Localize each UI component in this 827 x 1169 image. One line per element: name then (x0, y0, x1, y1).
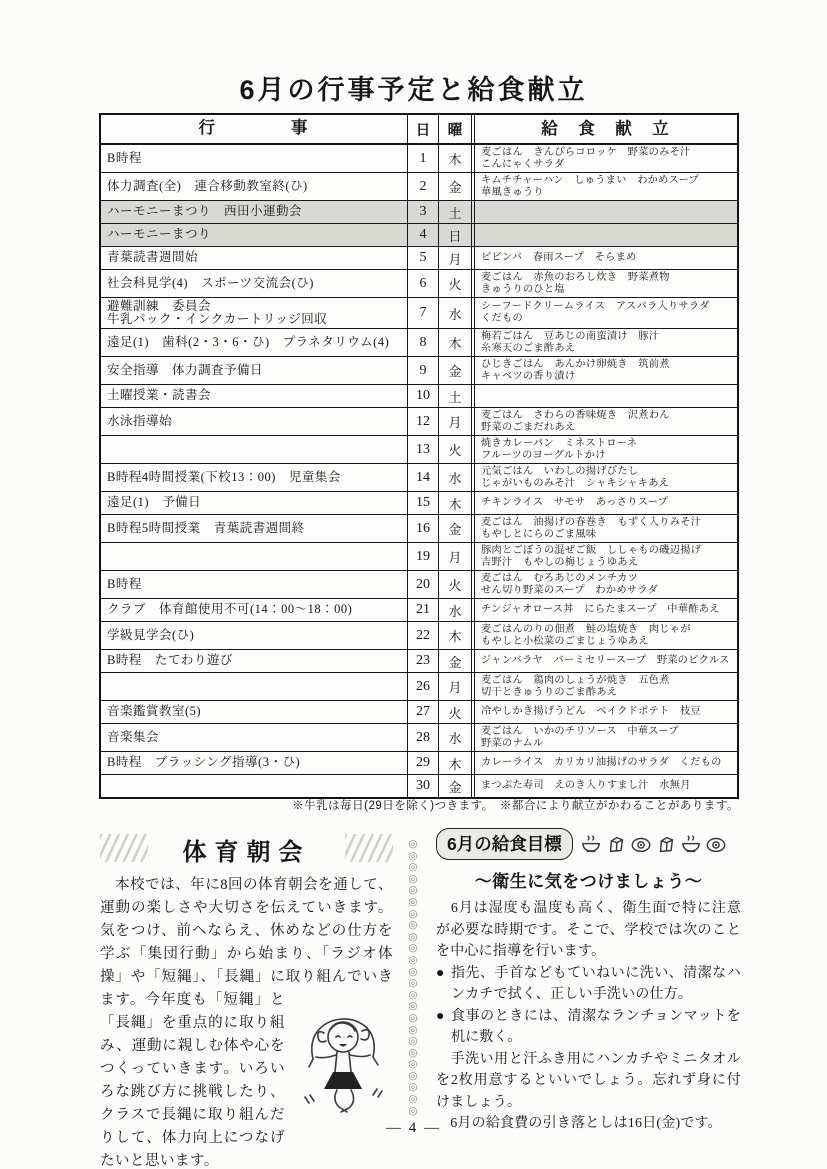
day-cell: 13 (407, 436, 438, 463)
weekday-cell: 金 (438, 650, 471, 672)
table-row: B時程5時間授業 青葉読書週間終16金麦ごはん 油揚げの春巻き もずく入りみそ汁… (101, 514, 737, 542)
day-cell: 5 (407, 247, 438, 269)
event-cell: ハーモニーまつり 西田小運動会 (101, 201, 407, 223)
table-row: B時程 たてわり遊び23金ジャンバラヤ バーミセリースープ 野菜のピクルス (101, 649, 737, 672)
weekday-cell: 金 (438, 775, 471, 797)
weekday-cell: 土 (438, 201, 471, 223)
event-cell: B時程 (101, 145, 407, 172)
day-cell: 2 (407, 173, 438, 200)
day-cell: 19 (407, 543, 438, 570)
day-cell: 6 (407, 270, 438, 297)
day-cell: 22 (407, 622, 438, 649)
event-cell: ハーモニーまつり (101, 224, 407, 246)
weekday-cell: 火 (438, 571, 471, 598)
weekday-cell: 金 (438, 173, 471, 200)
menu-cell: 麦ごはんのりの佃煮 鮭の塩焼き 肉じゃがもやしと小松菜のごまじょうゆあえ (471, 622, 737, 649)
menu-cell: 元気ごはん いわしの揚げびたしじゃがいものみそ汁 シャキシャキあえ (471, 464, 737, 491)
weekday-cell: 月 (438, 543, 471, 570)
menu-cell: 麦ごはん むろあじのメンチカツせん切り野菜のスープ わかめサラダ (471, 571, 737, 598)
day-cell: 16 (407, 515, 438, 542)
bullet-text: 指先、手首などもていねいに洗い、清潔なハンカチで拭く、正しい手洗いの仕方。 (451, 963, 741, 1006)
table-row: B時程4時間授業(下校13：00) 児童集会14水元気ごはん いわしの揚げびたし… (101, 463, 737, 491)
table-row: ハーモニーまつり 西田小運動会3土 (101, 200, 737, 223)
bullet-text: 食事のときには、清潔なランチョンマットを机に敷く。 (451, 1006, 741, 1049)
table-row: 19月豚肉とごぼうの混ぜご飯 ししゃもの磯辺揚げ吉野汁 もやしの梅じょうゆあえ (101, 542, 737, 570)
header-event: 行 事 (101, 115, 407, 143)
day-cell: 21 (407, 599, 438, 621)
menu-cell (471, 385, 737, 407)
event-cell: クラブ 体育館使用不可(14：00～18：00) (101, 599, 407, 621)
table-row: B時程 ブラッシング指導(3・ひ)29木カレーライス カリカリ油揚げのサラダ く… (101, 751, 737, 774)
weekday-cell: 火 (438, 436, 471, 463)
fried-egg-icon (630, 835, 652, 854)
table-row: 安全指導 体力調査予備日9金ひじきごはん あんかけ卵焼き 筑前煮キャベツの香り漬… (101, 356, 737, 384)
weekday-cell: 木 (438, 752, 471, 774)
event-cell: 音楽鑑賞教室(5) (101, 701, 407, 723)
weekday-cell: 月 (438, 673, 471, 700)
hatch-decoration-right (345, 834, 393, 862)
lunch-goal-closing-1: 手洗い用と汗ふき用にハンカチやミニタオルを2枚用意するといいでしょう。忘れず身に… (436, 1049, 741, 1114)
event-cell: 学級見学会(ひ) (101, 622, 407, 649)
day-cell: 12 (407, 408, 438, 435)
table-row: 遠足(1) 予備日15木チキンライス サモサ あっさりスープ (101, 491, 737, 514)
table-row: 26月麦ごはん 鶏肉のしょうが焼き 五色煮切干ときゅうりのごま酢あえ (101, 672, 737, 700)
table-row: 土曜授業・読書会10土 (101, 384, 737, 407)
day-cell: 1 (407, 145, 438, 172)
event-cell (101, 436, 407, 463)
menu-cell: 焼きカレーパン ミネストローネフルーツのヨーグルトかけ (471, 436, 737, 463)
table-row: 遠足(1) 歯科(2・3・6・ひ) プラネタリウム(4)8木梅若ごはん 豆あじの… (101, 328, 737, 356)
bullet-icon: ● (436, 963, 451, 1006)
menu-cell: チキンライス サモサ あっさりスープ (471, 492, 737, 514)
table-header-row: 行 事 日 曜 給 食 献 立 (101, 115, 737, 144)
event-cell: B時程4時間授業(下校13：00) 児童集会 (101, 464, 407, 491)
event-cell (101, 543, 407, 570)
header-menu: 給 食 献 立 (471, 115, 737, 143)
menu-cell: ひじきごはん あんかけ卵焼き 筑前煮キャベツの香り漬け (471, 357, 737, 384)
table-body: B時程1木麦ごはん きんぴらコロッケ 野菜のみそ汁こんにゃくサラダ体力調査(全)… (101, 144, 737, 797)
lunch-goal-subtitle: ～衛生に気をつけましょう～ (436, 867, 741, 892)
lunch-goal-title-row: 6月の給食目標 (436, 828, 741, 860)
menu-cell: ビビンバ 春雨スープ そらまめ (471, 247, 737, 269)
event-cell: B時程5時間授業 青葉読書週間終 (101, 515, 407, 542)
weekday-cell: 水 (438, 298, 471, 328)
table-row: クラブ 体育館使用不可(14：00～18：00)21水チンジャオロース丼 にらた… (101, 598, 737, 621)
day-cell: 10 (407, 385, 438, 407)
menu-cell (471, 224, 737, 246)
event-cell (101, 775, 407, 797)
weekday-cell: 土 (438, 385, 471, 407)
menu-cell: 麦ごはん 油揚げの春巻き もずく入りみそ汁もやしとにらのごま風味 (471, 515, 737, 542)
day-cell: 15 (407, 492, 438, 514)
page-number: — 4 — (0, 1120, 827, 1137)
menu-cell: まつぶた寿司 えのき入りすまし汁 水無月 (471, 775, 737, 797)
day-cell: 3 (407, 201, 438, 223)
event-cell: 水泳指導始 (101, 408, 407, 435)
table-row: B時程20火麦ごはん むろあじのメンチカツせん切り野菜のスープ わかめサラダ (101, 570, 737, 598)
table-row: 学級見学会(ひ)22木麦ごはんのりの佃煮 鮭の塩焼き 肉じゃがもやしと小松菜のご… (101, 621, 737, 649)
table-row: 避難訓練 委員会牛乳パック・インクカートリッジ回収7水シーフードクリームライス … (101, 297, 737, 328)
table-row: 30金まつぶた寿司 えのき入りすまし汁 水無月 (101, 774, 737, 797)
lunch-goal-article: 6月の給食目標 ～衛生に気をつけましょう～ 6月は湿度も温度も高く、衛生面で特に… (436, 828, 741, 1135)
menu-cell: 豚肉とごぼうの混ぜご飯 ししゃもの磯辺揚げ吉野汁 もやしの梅じょうゆあえ (471, 543, 737, 570)
day-cell: 26 (407, 673, 438, 700)
bullet-icon: ● (436, 1006, 451, 1049)
weekday-cell: 金 (438, 515, 471, 542)
jump-rope-girl-illustration (293, 993, 393, 1133)
table-row: 13火焼きカレーパン ミネストローネフルーツのヨーグルトかけ (101, 435, 737, 463)
menu-cell: 梅若ごはん 豆あじの南蛮漬け 豚汁糸寒天のごま酢あえ (471, 329, 737, 356)
table-row: ハーモニーまつり4日 (101, 223, 737, 246)
menu-cell: 麦ごはん さわらの香味焼き 沢煮わん野菜のごまだれあえ (471, 408, 737, 435)
event-cell: 遠足(1) 歯科(2・3・6・ひ) プラネタリウム(4) (101, 329, 407, 356)
table-row: B時程1木麦ごはん きんぴらコロッケ 野菜のみそ汁こんにゃくサラダ (101, 144, 737, 172)
event-cell: 避難訓練 委員会牛乳パック・インクカートリッジ回収 (101, 298, 407, 328)
pe-assembly-text-1: 本校では、年に8回の体育朝会を通して、運動の楽しさや大切さを伝えていきます。気を… (100, 877, 393, 1008)
lunch-goal-bullet-1: ● 指先、手首などもていねいに洗い、清潔なハンカチで拭く、正しい手洗いの仕方。 (436, 963, 741, 1006)
lunch-goal-bullet-2: ● 食事のときには、清潔なランチョンマットを机に敷く。 (436, 1006, 741, 1049)
weekday-cell: 木 (438, 622, 471, 649)
day-cell: 28 (407, 724, 438, 751)
day-cell: 27 (407, 701, 438, 723)
day-cell: 29 (407, 752, 438, 774)
day-cell: 14 (407, 464, 438, 491)
day-cell: 4 (407, 224, 438, 246)
weekday-cell: 日 (438, 224, 471, 246)
pe-assembly-text-2: 今年度も「短縄」と「長縄」を重点的に取り組み、運動に親しむ体や心をつくっていきま… (100, 992, 285, 1169)
food-icons (580, 835, 727, 854)
day-cell: 30 (407, 775, 438, 797)
weekday-cell: 火 (438, 270, 471, 297)
weekday-cell: 木 (438, 329, 471, 356)
menu-cell: カレーライス カリカリ油揚げのサラダ くだもの (471, 752, 737, 774)
event-cell: 体力調査(全) 連合移動教室終(ひ) (101, 173, 407, 200)
weekday-cell: 月 (438, 408, 471, 435)
table-row: 音楽鑑賞教室(5)27火冷やしかき揚げうどん ベイクドポテト 枝豆 (101, 700, 737, 723)
steaming-bowl-icon (580, 835, 602, 854)
weekday-cell: 火 (438, 701, 471, 723)
event-cell: 青葉読書週間始 (101, 247, 407, 269)
schedule-table: 行 事 日 曜 給 食 献 立 B時程1木麦ごはん きんぴらコロッケ 野菜のみそ… (99, 113, 739, 799)
day-cell: 7 (407, 298, 438, 328)
column-divider-dots: ◎ ◎ ◎ ◎ ◎ ◎ ◎ ◎ ◎ ◎ ◎ ◎ ◎ ◎ ◎ ◎ ◎ ◎ ◎ ◎ … (403, 839, 423, 1124)
header-weekday: 曜 (438, 115, 471, 143)
menu-cell: ジャンバラヤ バーミセリースープ 野菜のピクルス (471, 650, 737, 672)
event-cell (101, 673, 407, 700)
newsletter-page: 6月の行事予定と給食献立 行 事 日 曜 給 食 献 立 B時程1木麦ごはん き… (0, 0, 827, 1169)
menu-cell: 麦ごはん きんぴらコロッケ 野菜のみそ汁こんにゃくサラダ (471, 145, 737, 172)
pe-assembly-title-bar: 体育朝会 (100, 832, 393, 866)
pe-assembly-article: 体育朝会 本校では、年に8回の体育朝会を通して、運動の楽しさや大切さを伝えていき… (100, 832, 393, 1169)
menu-cell: キムチチャーハン しゅうまい わかめスープ華風きゅうり (471, 173, 737, 200)
event-cell: 音楽集会 (101, 724, 407, 751)
milk-carton-icon (655, 835, 677, 854)
weekday-cell: 月 (438, 247, 471, 269)
menu-cell: 麦ごはん 鶏肉のしょうが焼き 五色煮切干ときゅうりのごま酢あえ (471, 673, 737, 700)
event-cell: B時程 ブラッシング指導(3・ひ) (101, 752, 407, 774)
menu-cell: チンジャオロース丼 にらたまスープ 中華酢あえ (471, 599, 737, 621)
fried-egg-icon (705, 835, 727, 854)
menu-cell: 冷やしかき揚げうどん ベイクドポテト 枝豆 (471, 701, 737, 723)
table-row: 水泳指導始12月麦ごはん さわらの香味焼き 沢煮わん野菜のごまだれあえ (101, 407, 737, 435)
menu-cell: 麦ごはん いかのチリソース 中華スープ野菜のナムル (471, 724, 737, 751)
weekday-cell: 水 (438, 464, 471, 491)
event-cell: 遠足(1) 予備日 (101, 492, 407, 514)
day-cell: 20 (407, 571, 438, 598)
table-note: ※牛乳は毎日(29日を除く)つきます。 ※都合により献立がかわることがあります。 (292, 797, 739, 813)
weekday-cell: 金 (438, 357, 471, 384)
page-title: 6月の行事予定と給食献立 (0, 68, 827, 107)
menu-cell: シーフードクリームライス アスパラ入りサラダくだもの (471, 298, 737, 328)
menu-cell: 麦ごはん 赤魚のおろし炊き 野菜煮物きゅうりのひと塩 (471, 270, 737, 297)
event-cell: 社会科見学(4) スポーツ交流会(ひ) (101, 270, 407, 297)
lunch-goal-title: 6月の給食目標 (436, 828, 573, 860)
header-day: 日 (407, 115, 438, 143)
menu-cell (471, 201, 737, 223)
lunch-goal-intro: 6月は湿度も温度も高く、衛生面で特に注意が必要な時期です。そこで、学校では次のこ… (436, 898, 741, 963)
weekday-cell: 水 (438, 599, 471, 621)
day-cell: 23 (407, 650, 438, 672)
lunch-goal-body: 6月は湿度も温度も高く、衛生面で特に注意が必要な時期です。そこで、学校では次のこ… (436, 898, 741, 1135)
event-cell: 土曜授業・読書会 (101, 385, 407, 407)
table-row: 青葉読書週間始5月ビビンバ 春雨スープ そらまめ (101, 246, 737, 269)
table-row: 音楽集会28水麦ごはん いかのチリソース 中華スープ野菜のナムル (101, 723, 737, 751)
event-cell: B時程 (101, 571, 407, 598)
event-cell: 安全指導 体力調査予備日 (101, 357, 407, 384)
day-cell: 9 (407, 357, 438, 384)
day-cell: 8 (407, 329, 438, 356)
weekday-cell: 水 (438, 724, 471, 751)
table-row: 社会科見学(4) スポーツ交流会(ひ)6火麦ごはん 赤魚のおろし炊き 野菜煮物き… (101, 269, 737, 297)
weekday-cell: 木 (438, 492, 471, 514)
steaming-bowl-icon (680, 835, 702, 854)
event-cell: B時程 たてわり遊び (101, 650, 407, 672)
table-row: 体力調査(全) 連合移動教室終(ひ)2金キムチチャーハン しゅうまい わかめスー… (101, 172, 737, 200)
weekday-cell: 木 (438, 145, 471, 172)
milk-carton-icon (605, 835, 627, 854)
